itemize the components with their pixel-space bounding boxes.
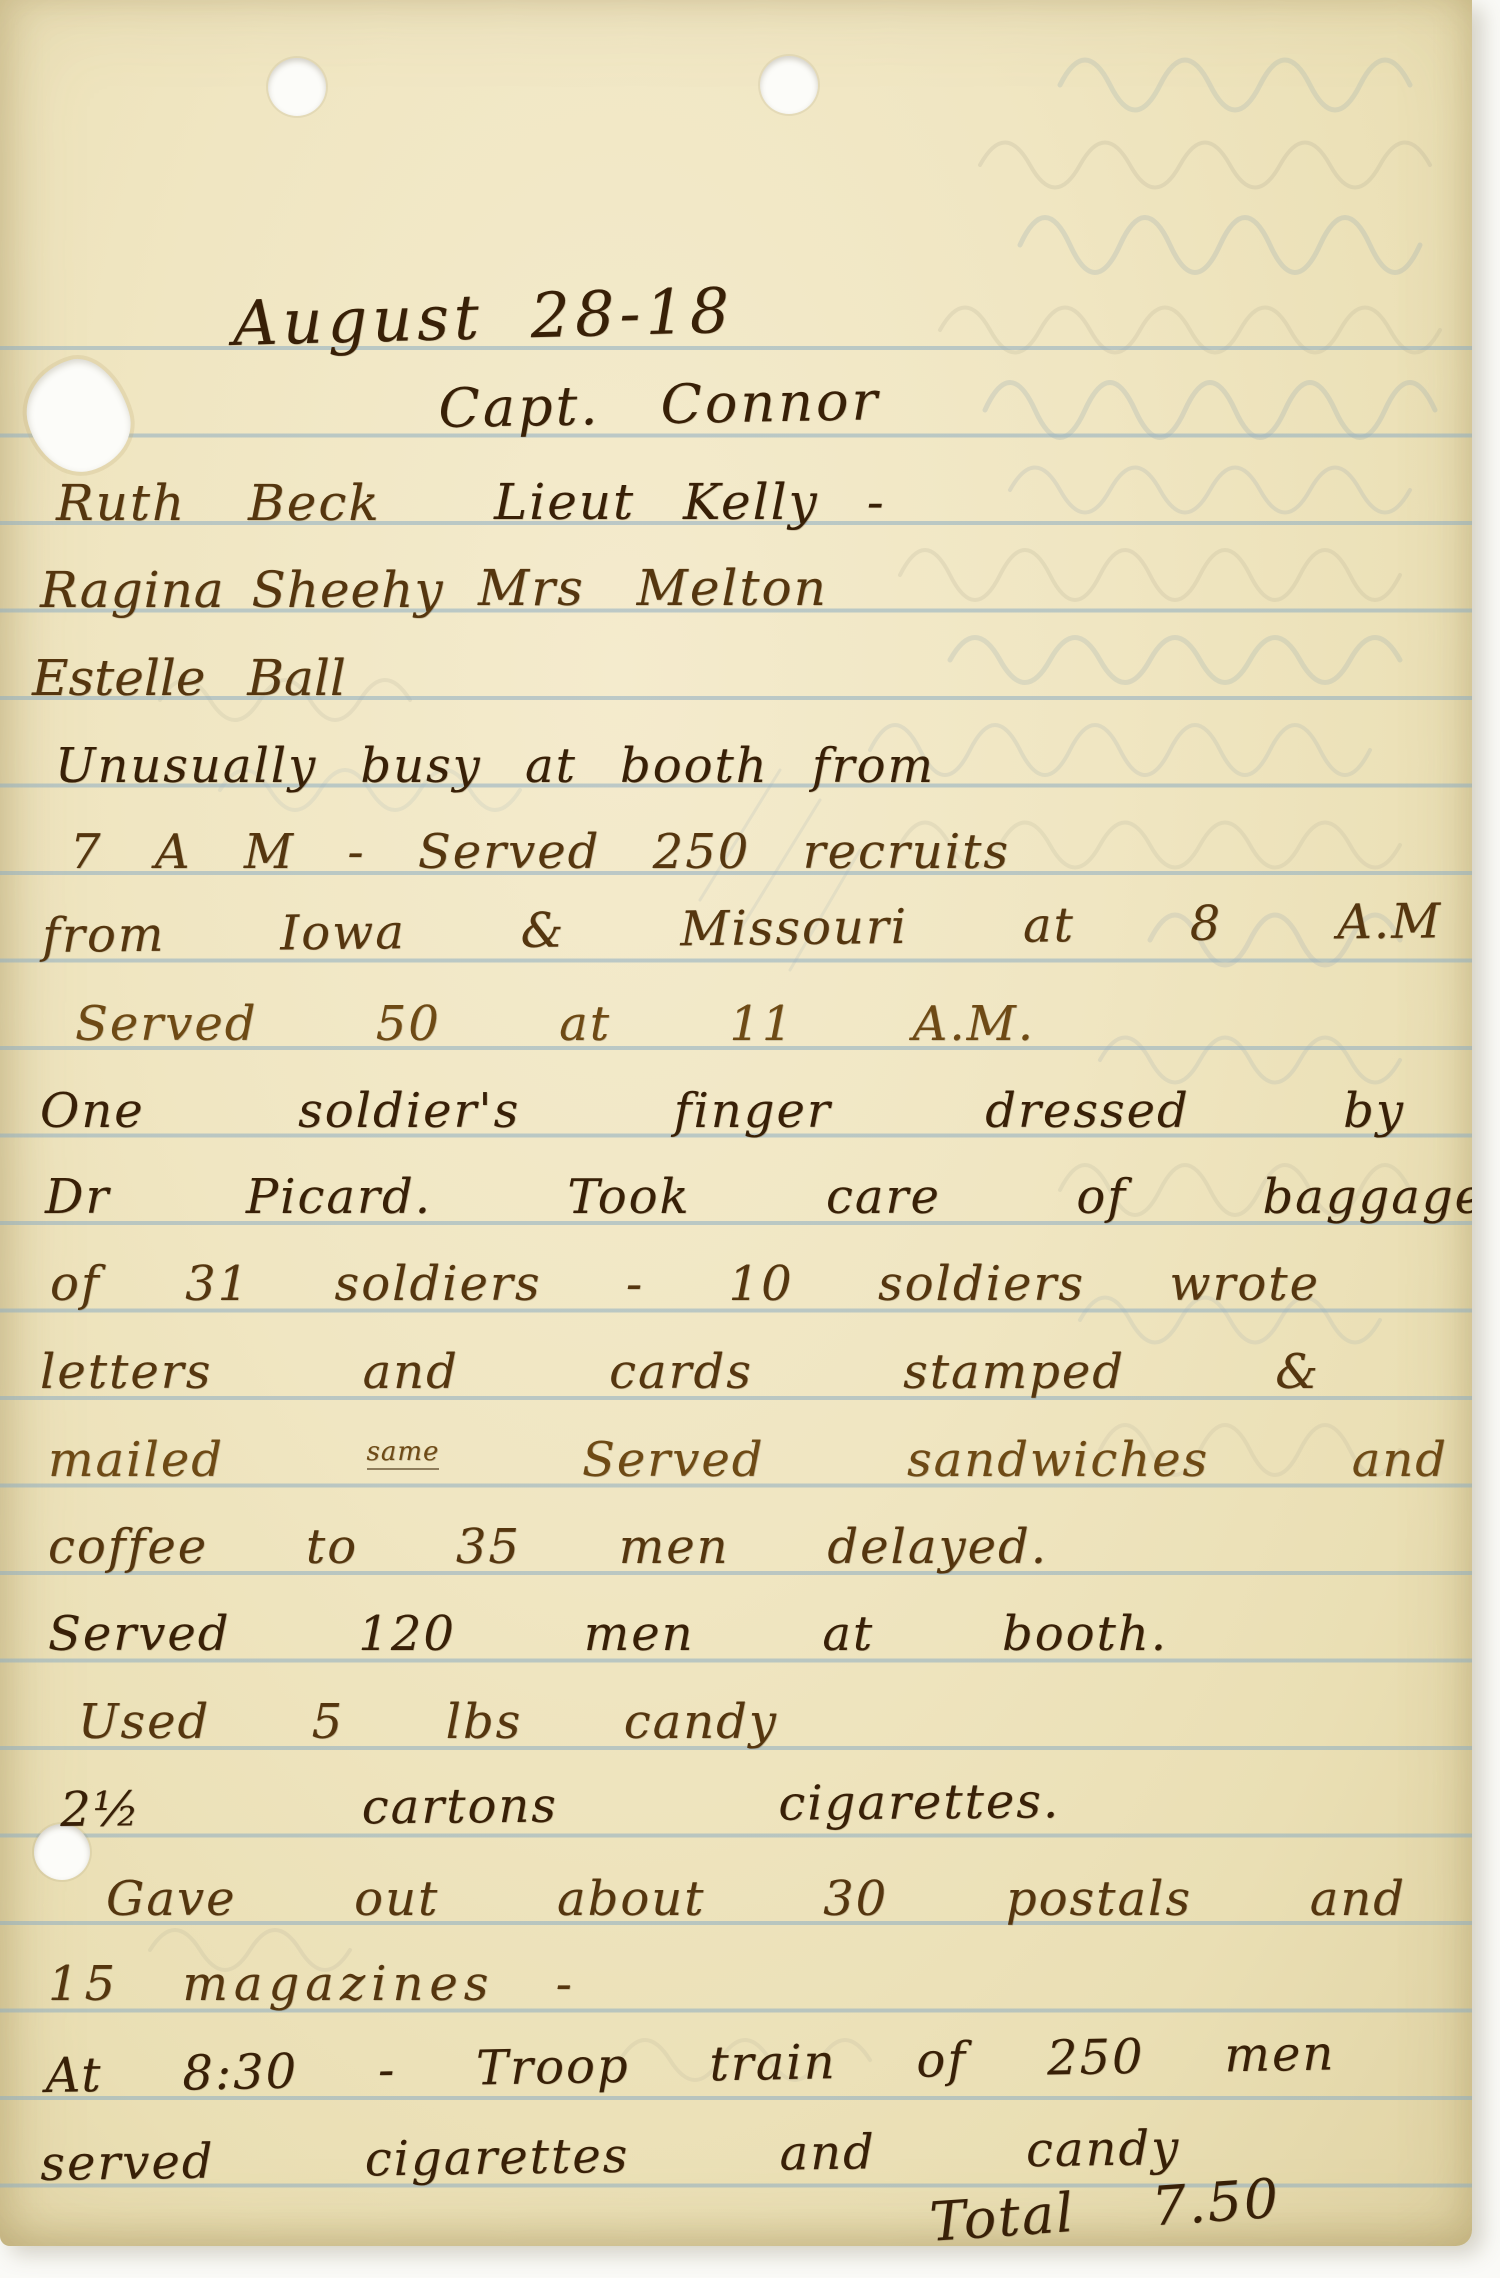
body-line-4: Served 50 at 11 A.M. — [75, 1000, 1035, 1048]
total-label: Total — [928, 2181, 1078, 2246]
body-line-9: mailed same Served sandwiches and — [48, 1436, 1448, 1484]
officer-lieutenant: Lieut Kelly - — [494, 477, 886, 527]
body-line-17: served cigarettes and candy — [40, 2124, 1181, 2188]
insertion-word-before: mailed — [48, 1432, 224, 1488]
scanned-document-page: { "document": { "date_heading": "August … — [0, 0, 1500, 2278]
body-line-11: Served 120 men at booth. — [48, 1610, 1168, 1658]
body-line-8: letters and cards stamped & — [40, 1348, 1320, 1396]
body-line-3: from Iowa & Missouri at 8 A.M — [42, 897, 1442, 960]
punch-hole-top-left — [268, 58, 326, 116]
insertion-superscript: same — [367, 1437, 440, 1470]
insertion-text-after: Served sandwiches and — [582, 1432, 1448, 1488]
body-line-7: of 31 soldiers - 10 soldiers wrote — [50, 1260, 1320, 1308]
officer-captain: Capt. Connor — [438, 374, 881, 436]
body-line-5: One soldier's finger dressed by — [40, 1087, 1405, 1135]
date-heading: August 28-18 — [232, 280, 735, 355]
body-line-15: 15 magazines - — [48, 1960, 578, 2008]
total-value: 7.50 — [1150, 2167, 1282, 2239]
body-line-2: 7 A M - Served 250 recruits — [70, 828, 1010, 876]
volunteer-name-1: Ruth Beck — [56, 478, 381, 528]
volunteer-name-2: Ragina Sheehy — [40, 565, 444, 615]
officer-mrs-melton: Mrs Melton — [478, 563, 828, 613]
body-line-12: Used 5 lbs candy — [78, 1698, 778, 1746]
body-line-13: 2½ cartons cigarettes. — [60, 1777, 1060, 1834]
body-line-10: coffee to 35 men delayed. — [48, 1523, 1048, 1571]
volunteer-name-3: Estelle Ball — [32, 653, 346, 703]
notebook-page: August 28-18 Capt. Connor Lieut Kelly - … — [0, 0, 1472, 2246]
body-line-1: Unusually busy at booth from — [55, 742, 935, 790]
body-line-6: Dr Picard. Took care of baggage — [45, 1173, 1472, 1221]
body-line-14: Gave out about 30 postals and — [106, 1875, 1406, 1923]
punch-hole-top-right — [760, 56, 818, 114]
